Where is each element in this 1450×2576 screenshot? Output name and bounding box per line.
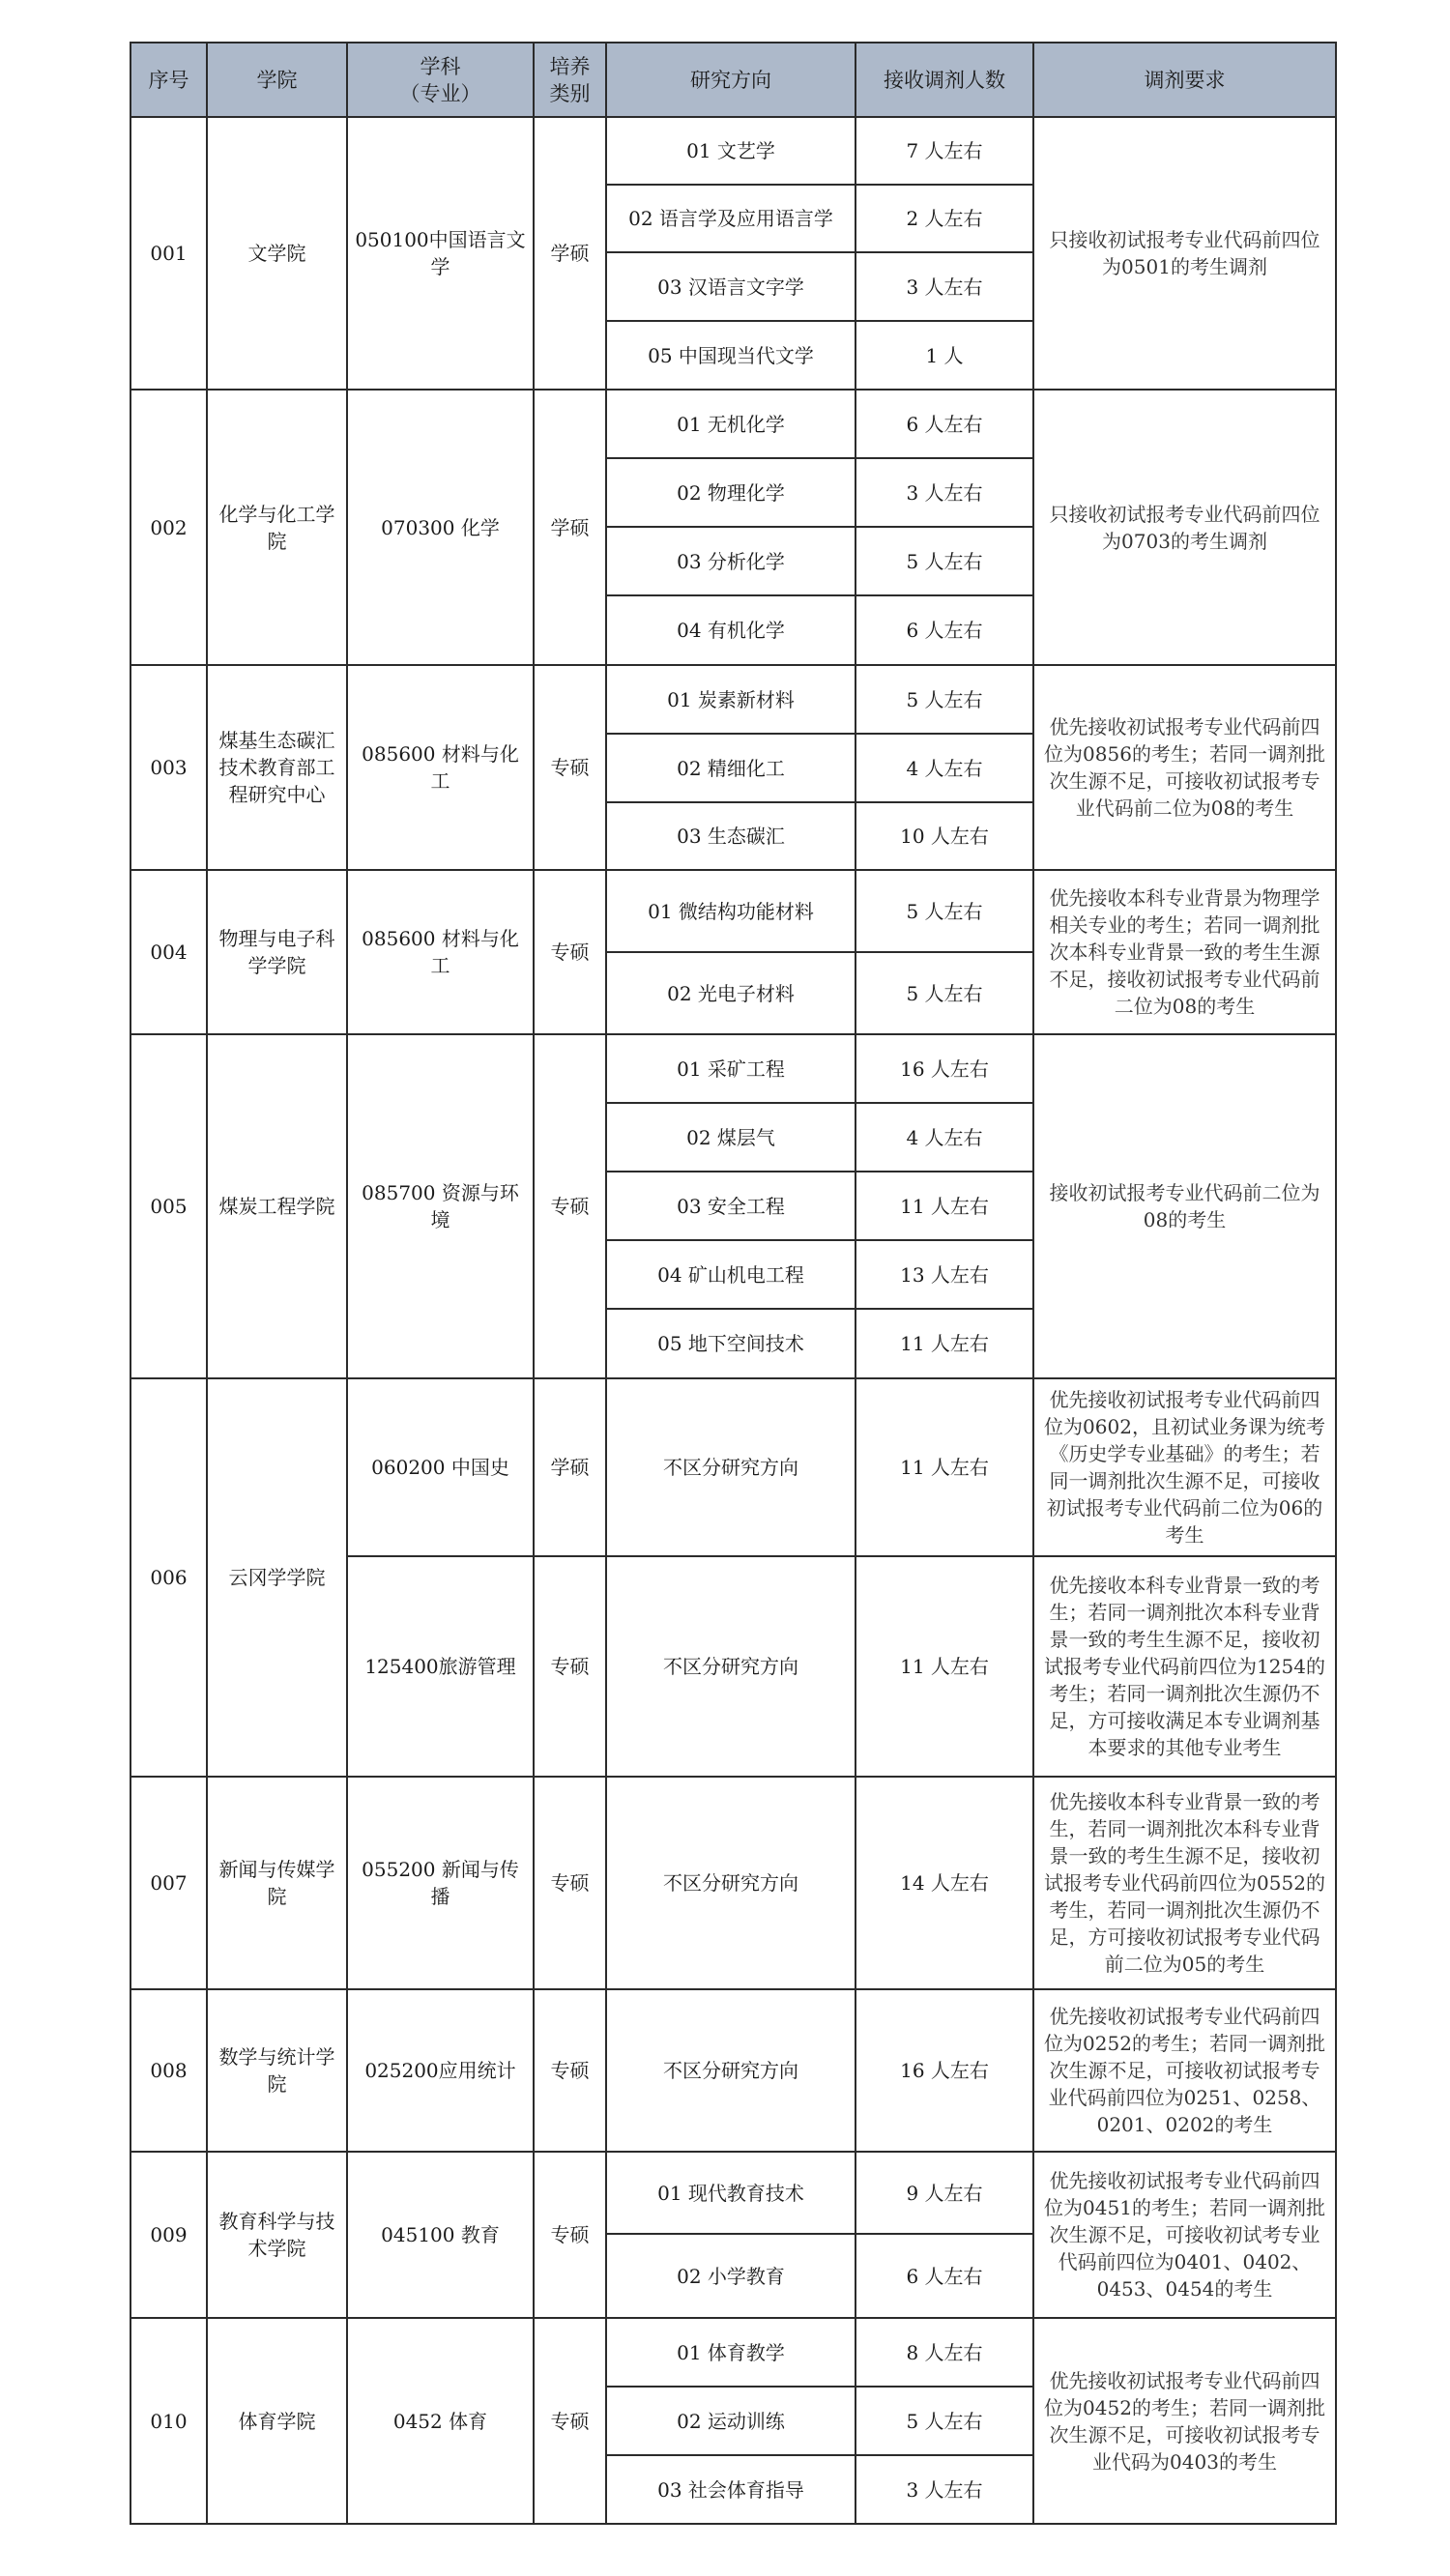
table-header: 序号 学院 学科（专业） 培养类别 研究方向 接收调剂人数 调剂要求 (130, 43, 1336, 117)
header-subject: 学科（专业） (347, 43, 534, 117)
type-cell: 专硕 (534, 2152, 606, 2318)
count-cell: 10 人左右 (855, 802, 1033, 870)
count-cell: 5 人左右 (855, 952, 1033, 1034)
type-cell: 学硕 (534, 390, 606, 665)
college-cell: 教育科学与技术学院 (207, 2152, 347, 2318)
count-cell: 5 人左右 (855, 527, 1033, 595)
direction-cell: 01 现代教育技术 (606, 2152, 855, 2234)
type-cell: 学硕 (534, 1378, 606, 1556)
count-cell: 5 人左右 (855, 2387, 1033, 2455)
table-row: 001 文学院 050100中国语言文学 学硕 01 文艺学 7 人左右 只接收… (130, 117, 1336, 185)
direction-cell: 不区分研究方向 (606, 1777, 855, 1989)
subject-cell: 070300 化学 (347, 390, 534, 665)
header-subject-line2: （专业） (400, 82, 481, 105)
header-direction: 研究方向 (606, 43, 855, 117)
type-cell: 专硕 (534, 1556, 606, 1777)
subject-cell: 050100中国语言文学 (347, 117, 534, 390)
type-cell: 专硕 (534, 1989, 606, 2152)
direction-cell: 01 微结构功能材料 (606, 870, 855, 952)
table-row: 008 数学与统计学院 025200应用统计 专硕 不区分研究方向 16 人左右… (130, 1989, 1336, 2152)
count-cell: 11 人左右 (855, 1172, 1033, 1240)
seq-cell: 003 (130, 665, 207, 870)
subject-cell: 125400旅游管理 (347, 1556, 534, 1777)
count-cell: 8 人左右 (855, 2318, 1033, 2387)
direction-cell: 不区分研究方向 (606, 1989, 855, 2152)
count-cell: 16 人左右 (855, 1989, 1033, 2152)
table-row: 007 新闻与传媒学院 055200 新闻与传播 专硕 不区分研究方向 14 人… (130, 1777, 1336, 1989)
subject-cell: 025200应用统计 (347, 1989, 534, 2152)
college-cell: 体育学院 (207, 2318, 347, 2524)
requirement-cell: 只接收初试报考专业代码前四位为0501的考生调剂 (1033, 117, 1336, 390)
header-college: 学院 (207, 43, 347, 117)
count-cell: 14 人左右 (855, 1777, 1033, 1989)
count-cell: 6 人左右 (855, 2234, 1033, 2318)
count-cell: 6 人左右 (855, 595, 1033, 665)
direction-cell: 01 体育教学 (606, 2318, 855, 2387)
count-cell: 4 人左右 (855, 1103, 1033, 1172)
count-cell: 13 人左右 (855, 1240, 1033, 1309)
count-cell: 5 人左右 (855, 665, 1033, 734)
table-row: 004 物理与电子科学学院 085600 材料与化工 专硕 01 微结构功能材料… (130, 870, 1336, 952)
table-row: 005 煤炭工程学院 085700 资源与环境 专硕 01 采矿工程 16 人左… (130, 1034, 1336, 1103)
direction-cell: 03 分析化学 (606, 527, 855, 595)
subject-cell: 0452 体育 (347, 2318, 534, 2524)
seq-cell: 005 (130, 1034, 207, 1378)
direction-cell: 01 采矿工程 (606, 1034, 855, 1103)
direction-cell: 02 小学教育 (606, 2234, 855, 2318)
subject-cell: 045100 教育 (347, 2152, 534, 2318)
requirement-cell: 优先接收本科专业背景一致的考生；若同一调剂批次本科专业背景一致的考生生源不足，接… (1033, 1556, 1336, 1777)
type-cell: 专硕 (534, 870, 606, 1034)
direction-cell: 03 汉语言文字学 (606, 252, 855, 321)
count-cell: 7 人左右 (855, 117, 1033, 185)
direction-cell: 03 社会体育指导 (606, 2455, 855, 2524)
table-row: 002 化学与化工学院 070300 化学 学硕 01 无机化学 6 人左右 只… (130, 390, 1336, 458)
direction-cell: 02 精细化工 (606, 734, 855, 802)
college-cell: 文学院 (207, 117, 347, 390)
subject-cell: 085600 材料与化工 (347, 870, 534, 1034)
direction-cell: 05 中国现当代文学 (606, 321, 855, 390)
direction-cell: 不区分研究方向 (606, 1378, 855, 1556)
seq-cell: 007 (130, 1777, 207, 1989)
type-cell: 专硕 (534, 1777, 606, 1989)
seq-cell: 008 (130, 1989, 207, 2152)
requirement-cell: 只接收初试报考专业代码前四位为0703的考生调剂 (1033, 390, 1336, 665)
header-type: 培养类别 (534, 43, 606, 117)
requirement-cell: 接收初试报考专业代码前二位为08的考生 (1033, 1034, 1336, 1378)
direction-cell: 01 文艺学 (606, 117, 855, 185)
table-row: 006 云冈学学院 060200 中国史 学硕 不区分研究方向 11 人左右 优… (130, 1378, 1336, 1556)
requirement-cell: 优先接收初试报考专业代码前四位为0252的考生；若同一调剂批次生源不足，可接收初… (1033, 1989, 1336, 2152)
requirement-cell: 优先接收初试报考专业代码前四位为0452的考生；若同一调剂批次生源不足，可接收初… (1033, 2318, 1336, 2524)
count-cell: 3 人左右 (855, 458, 1033, 527)
college-cell: 煤炭工程学院 (207, 1034, 347, 1378)
type-cell: 专硕 (534, 665, 606, 870)
count-cell: 3 人左右 (855, 252, 1033, 321)
direction-cell: 02 光电子材料 (606, 952, 855, 1034)
seq-cell: 004 (130, 870, 207, 1034)
seq-cell: 010 (130, 2318, 207, 2524)
direction-cell: 02 运动训练 (606, 2387, 855, 2455)
direction-cell: 04 矿山机电工程 (606, 1240, 855, 1309)
college-cell: 数学与统计学院 (207, 1989, 347, 2152)
count-cell: 2 人左右 (855, 185, 1033, 252)
seq-cell: 006 (130, 1378, 207, 1777)
header-requirement: 调剂要求 (1033, 43, 1336, 117)
college-cell: 物理与电子科学学院 (207, 870, 347, 1034)
direction-cell: 不区分研究方向 (606, 1556, 855, 1777)
table-row: 009 教育科学与技术学院 045100 教育 专硕 01 现代教育技术 9 人… (130, 2152, 1336, 2234)
count-cell: 4 人左右 (855, 734, 1033, 802)
direction-cell: 01 无机化学 (606, 390, 855, 458)
count-cell: 5 人左右 (855, 870, 1033, 952)
table-row: 003 煤基生态碳汇技术教育部工程研究中心 085600 材料与化工 专硕 01… (130, 665, 1336, 734)
direction-cell: 01 炭素新材料 (606, 665, 855, 734)
header-count: 接收调剂人数 (855, 43, 1033, 117)
type-cell: 专硕 (534, 2318, 606, 2524)
count-cell: 11 人左右 (855, 1309, 1033, 1378)
count-cell: 16 人左右 (855, 1034, 1033, 1103)
count-cell: 9 人左右 (855, 2152, 1033, 2234)
direction-cell: 02 语言学及应用语言学 (606, 185, 855, 252)
type-cell: 学硕 (534, 117, 606, 390)
count-cell: 6 人左右 (855, 390, 1033, 458)
direction-cell: 03 安全工程 (606, 1172, 855, 1240)
requirement-cell: 优先接收初试报考专业代码前四位为0451的考生；若同一调剂批次生源不足，可接收初… (1033, 2152, 1336, 2318)
direction-cell: 05 地下空间技术 (606, 1309, 855, 1378)
type-cell: 专硕 (534, 1034, 606, 1378)
header-type-line1: 培养 (550, 55, 591, 78)
college-cell: 煤基生态碳汇技术教育部工程研究中心 (207, 665, 347, 870)
subject-cell: 085600 材料与化工 (347, 665, 534, 870)
requirement-cell: 优先接收初试报考专业代码前四位为0856的考生；若同一调剂批次生源不足，可接收初… (1033, 665, 1336, 870)
direction-cell: 02 物理化学 (606, 458, 855, 527)
requirement-cell: 优先接收本科专业背景一致的考生，若同一调剂批次本科专业背景一致的考生生源不足，接… (1033, 1777, 1336, 1989)
header-seq: 序号 (130, 43, 207, 117)
direction-cell: 02 煤层气 (606, 1103, 855, 1172)
table-body: 001 文学院 050100中国语言文学 学硕 01 文艺学 7 人左右 只接收… (130, 117, 1336, 2524)
count-cell: 1 人 (855, 321, 1033, 390)
subject-cell: 085700 资源与环境 (347, 1034, 534, 1378)
table-row: 010 体育学院 0452 体育 专硕 01 体育教学 8 人左右 优先接收初试… (130, 2318, 1336, 2387)
subject-cell: 055200 新闻与传播 (347, 1777, 534, 1989)
college-cell: 化学与化工学院 (207, 390, 347, 665)
header-type-line2: 类别 (550, 82, 591, 105)
adjustment-table: 序号 学院 学科（专业） 培养类别 研究方向 接收调剂人数 调剂要求 001 文… (130, 42, 1337, 2525)
count-cell: 11 人左右 (855, 1378, 1033, 1556)
requirement-cell: 优先接收本科专业背景为物理学相关专业的考生；若同一调剂批次本科专业背景一致的考生… (1033, 870, 1336, 1034)
requirement-cell: 优先接收初试报考专业代码前四位为0602，且初试业务课为统考《历史学专业基础》的… (1033, 1378, 1336, 1556)
seq-cell: 001 (130, 117, 207, 390)
header-subject-line1: 学科 (420, 55, 461, 78)
seq-cell: 002 (130, 390, 207, 665)
count-cell: 3 人左右 (855, 2455, 1033, 2524)
seq-cell: 009 (130, 2152, 207, 2318)
college-cell: 新闻与传媒学院 (207, 1777, 347, 1989)
direction-cell: 03 生态碳汇 (606, 802, 855, 870)
count-cell: 11 人左右 (855, 1556, 1033, 1777)
subject-cell: 060200 中国史 (347, 1378, 534, 1556)
college-cell: 云冈学学院 (207, 1378, 347, 1777)
direction-cell: 04 有机化学 (606, 595, 855, 665)
